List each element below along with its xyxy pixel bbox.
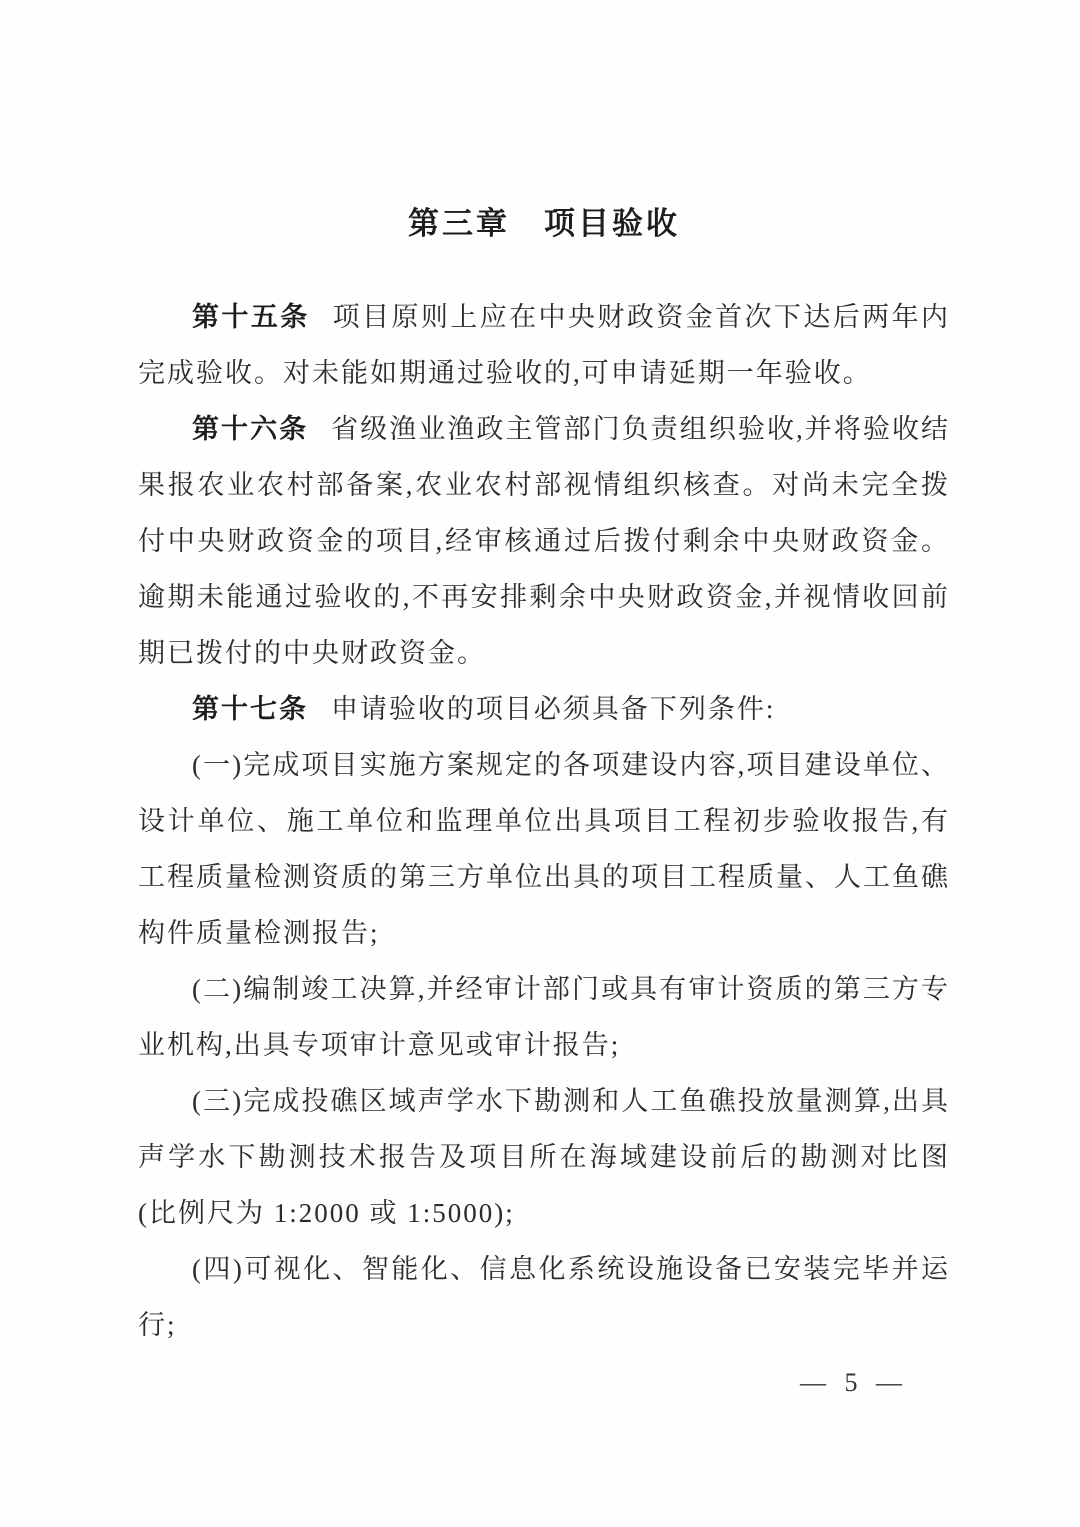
article-15-number: 第十五条 xyxy=(192,302,310,332)
chapter-title: 第三章 项目验收 xyxy=(138,198,950,243)
condition-item-1-text: (一)完成项目实施方案规定的各项建设内容,项目建设单位、设计单位、施工单位和监理… xyxy=(138,750,950,948)
condition-item-4: (四)可视化、智能化、信息化系统设施设备已安装完毕并运行; xyxy=(138,1241,950,1353)
condition-item-2-text: (二)编制竣工决算,并经审计部门或具有审计资质的第三方专业机构,出具专项审计意见… xyxy=(138,974,950,1060)
document-page: 第三章 项目验收 第十五条项目原则上应在中央财政资金首次下达后两年内完成验收。对… xyxy=(0,0,1080,1527)
article-15-paragraph: 第十五条项目原则上应在中央财政资金首次下达后两年内完成验收。对未能如期通过验收的… xyxy=(138,289,950,401)
condition-item-1: (一)完成项目实施方案规定的各项建设内容,项目建设单位、设计单位、施工单位和监理… xyxy=(138,737,950,961)
condition-item-3-text: (三)完成投礁区域声学水下勘测和人工鱼礁投放量测算,出具声学水下勘测技术报告及项… xyxy=(138,1086,950,1228)
article-17-paragraph: 第十七条申请验收的项目必须具备下列条件: xyxy=(138,681,950,737)
article-16-paragraph: 第十六条省级渔业渔政主管部门负责组织验收,并将验收结果报农业农村部备案,农业农村… xyxy=(138,401,950,681)
condition-item-3: (三)完成投礁区域声学水下勘测和人工鱼礁投放量测算,出具声学水下勘测技术报告及项… xyxy=(138,1073,950,1241)
condition-item-4-text: (四)可视化、智能化、信息化系统设施设备已安装完毕并运行; xyxy=(138,1254,950,1340)
article-17-text: 申请验收的项目必须具备下列条件: xyxy=(331,694,776,724)
article-16-text: 省级渔业渔政主管部门负责组织验收,并将验收结果报农业农村部备案,农业农村部视情组… xyxy=(138,414,950,668)
article-16-number: 第十六条 xyxy=(192,414,308,444)
condition-item-2: (二)编制竣工决算,并经审计部门或具有审计资质的第三方专业机构,出具专项审计意见… xyxy=(138,961,950,1073)
document-content: 第三章 项目验收 第十五条项目原则上应在中央财政资金首次下达后两年内完成验收。对… xyxy=(138,198,950,1353)
page-number: — 5 — xyxy=(800,1368,908,1398)
article-17-number: 第十七条 xyxy=(192,694,308,724)
